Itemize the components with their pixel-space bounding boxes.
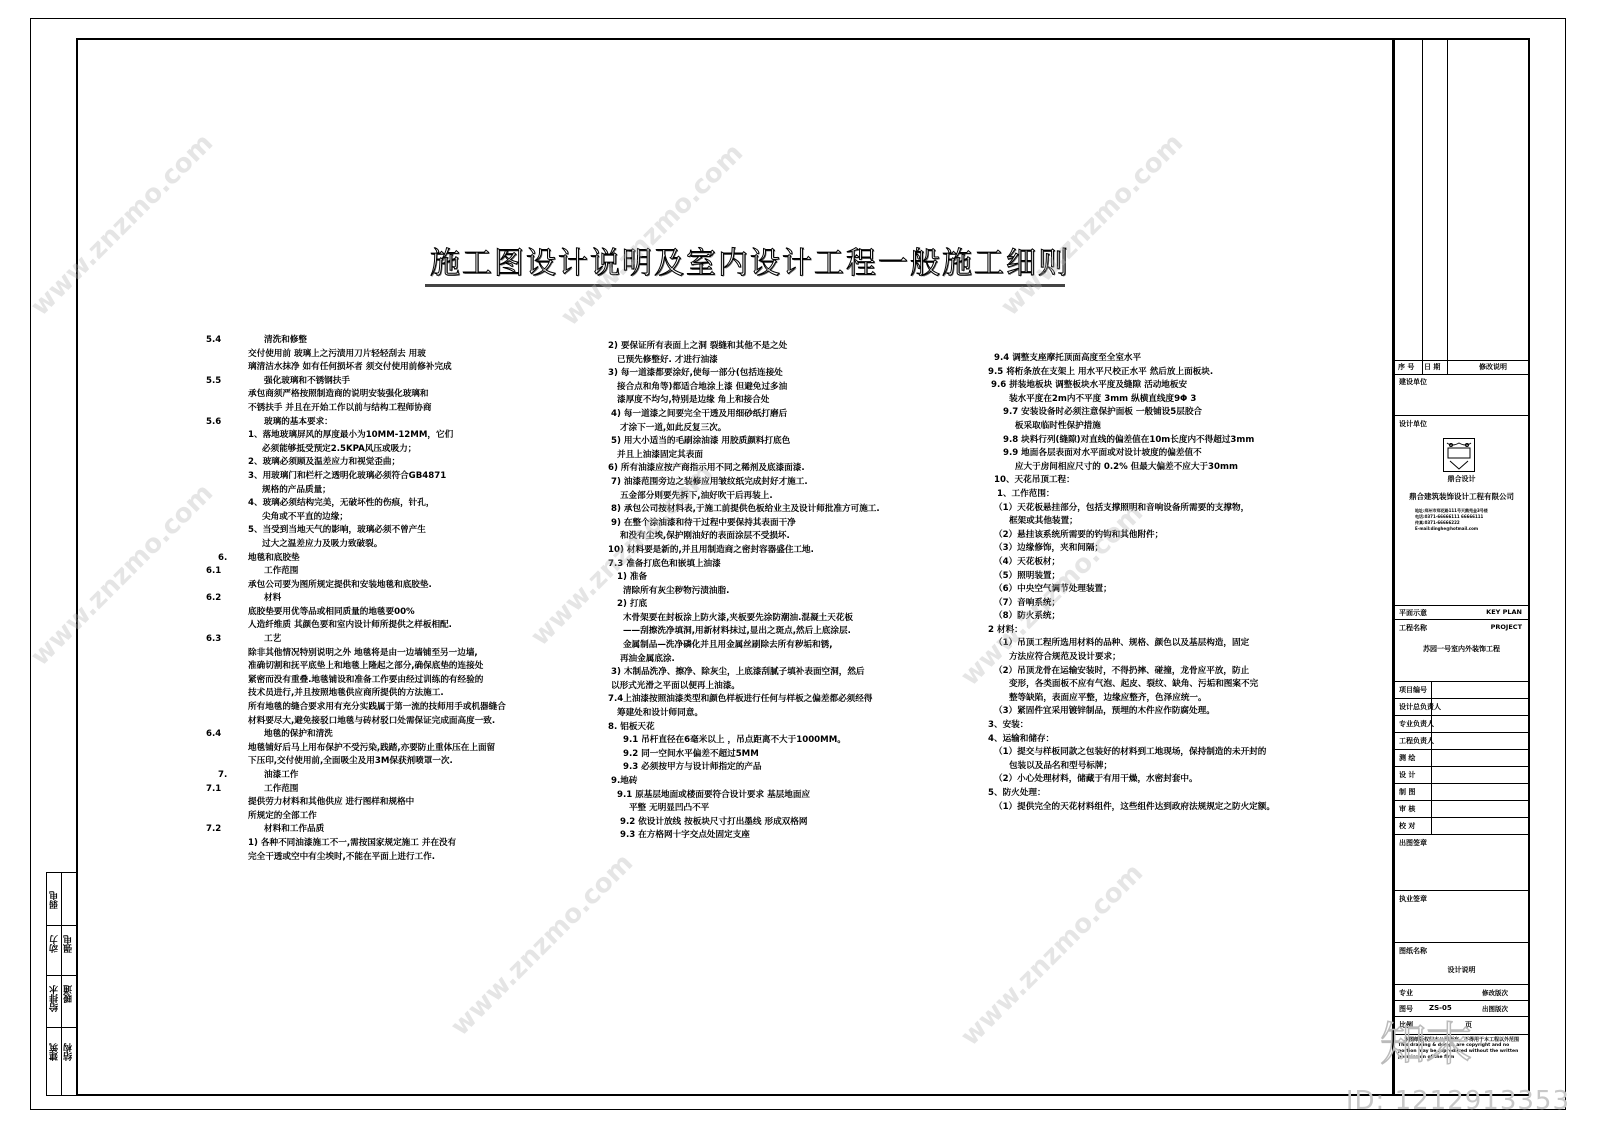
project-cell: 工程名称 PROJECT 苏园一号室内外装饰工程 — [1395, 620, 1528, 682]
spec-line: 4、玻璃必须结构完美，无破坏性的伤痕，针孔， — [206, 497, 566, 511]
spec-text: 璃清洁水抹净 如有任何损坏者 须交付使用前修补完成 — [248, 361, 452, 375]
spec-text: 除非其他情况特别说明之外 地毯将是由一边墙铺至另一边墙, — [248, 647, 478, 661]
spec-line: 3、用玻璃门和栏杆之透明化玻璃必须符合GB4871 — [206, 470, 566, 484]
spec-line: 紧密而没有重叠.地毯铺设和准备工作要由经过训练的有经验的 — [206, 674, 566, 688]
spec-line: 4) 每一道漆之间要完全干透及用细砂纸打磨后 — [608, 408, 968, 422]
role-row: 制 图 — [1395, 784, 1528, 801]
spec-line: （1）吊顶工程所选用材料的品种、规格、颜色以及基层构造，固定 — [988, 637, 1358, 651]
spec-line: 2、玻璃必须顾及温差应力和视觉歪曲； — [206, 456, 566, 470]
spec-line: 以形式光滑之平面以便再上油漆。 — [608, 680, 968, 694]
spec-line: 3) 木制品洗净、擦净、除灰尘，上底漆刮腻子填补表面空洞，然后 — [608, 666, 968, 680]
spec-line: 方法应符合规范及设计要求； — [988, 651, 1358, 665]
spec-line: 8) 承包公司按材料表,于施工前提供色板给业主及设计师批准方可施工. — [608, 503, 968, 517]
spec-line: 五金部分则要先拆下,油好吹干后再装上. — [608, 490, 968, 504]
role-row: 测 绘 — [1395, 750, 1528, 767]
role-label: 专业负责人 — [1399, 719, 1434, 729]
spec-line: 才涂下一道,如此反复三次。 — [608, 422, 968, 436]
spec-line: 提供劳力材料和其他供应 进行图样和规格中 — [206, 796, 566, 810]
spec-line: 9.6 拼装地板块 调整板块水平度及缝隙 活动地板安 — [988, 379, 1358, 393]
section-heading: 地毯和底胶垫 — [248, 552, 300, 566]
signoff-power: 动力 — [48, 935, 61, 953]
spec-line: （4）天花板材； — [988, 556, 1358, 570]
client-label: 建设单位 — [1399, 377, 1427, 387]
spec-line: 1) 各种不同油漆施工不一,需按国家规定施工 并在没有 — [206, 837, 566, 851]
spec-line: 6.3工艺 — [206, 633, 566, 647]
page-title: 施工图设计说明及室内设计工程一般施工细则 — [430, 238, 1070, 282]
spec-line: 技术员进行,并且按照地毯供应商所提供的方法施工. — [206, 687, 566, 701]
spec-line: 底胶垫要用优等品或相同质量的地毯要00% — [206, 606, 566, 620]
spec-line: 9.1 吊杆直径在6毫米以上 ，吊点距离不大于1000MM。 — [608, 734, 968, 748]
client-cell: 建设单位 — [1395, 374, 1528, 416]
spec-text: 承包商须严格按照制造商的说明安装强化玻璃和 — [248, 388, 428, 402]
spec-column-2: 2) 要保证所有表面上之洞 裂缝和其他不是之处 已预先修整好. 才进行油漆3) … — [608, 340, 968, 843]
spec-line: 9.3 在方格网十字交点处固定支座 — [608, 829, 968, 843]
section-number: 6.1 — [206, 565, 221, 579]
spec-line: 过大之温差应力及吸力致破裂。 — [206, 538, 566, 552]
section-heading: 工作范围 — [264, 565, 298, 579]
section-heading: 地毯的保护和清洗 — [264, 728, 333, 742]
spec-text: 过大之温差应力及吸力致破裂。 — [262, 538, 382, 552]
spec-line: 变形，各类面板不应有气泡、起皮、裂纹、缺角、污垢和图案不完 — [988, 678, 1358, 692]
spec-line: 承包商须严格按照制造商的说明安装强化玻璃和 — [206, 388, 566, 402]
spec-line: 2) 要保证所有表面上之洞 裂缝和其他不是之处 — [608, 340, 968, 354]
role-label: 设计总负责人 — [1399, 702, 1441, 712]
spec-text: 提供劳力材料和其他供应 进行图样和规格中 — [248, 796, 414, 810]
spec-line: 地毯铺好后马上用布保护不受污染,践踏,亦要防止重体压在上面留 — [206, 742, 566, 756]
section-heading: 材料 — [264, 592, 281, 606]
spec-text: 5、当受到当地天气的影响，玻璃必须不曾产生 — [248, 524, 426, 538]
license-stamp-label: 执业签章 — [1399, 894, 1427, 904]
spec-line: 4、运输和储存： — [988, 733, 1358, 747]
spec-text: 交付使用前 玻璃上之污渍用刀片轻轻刮去 用玻 — [248, 348, 426, 362]
spec-text: 下压印,交付使用前,全面吸尘及用3M保获剂喷罩一次. — [248, 755, 453, 769]
project-name: 苏园一号室内外装饰工程 — [1395, 644, 1528, 654]
spec-line: 所有地毯的缝合要求用有充分实践属于第一流的技师用手或机器缝合 — [206, 701, 566, 715]
spec-line: 10) 材料要是新的,并且用制造商之密封容器盛住工地. — [608, 544, 968, 558]
spec-line: 5、当受到当地天气的影响，玻璃必须不曾产生 — [206, 524, 566, 538]
spec-line: 8. 铝板天花 — [608, 721, 968, 735]
spec-line: （8）防火系统； — [988, 610, 1358, 624]
designer-cell: 设计单位 鼎合设计 鼎合建筑装饰设计工程有限公司 地址:郑州市郑花路111号天鹅… — [1395, 416, 1528, 606]
spec-line: 9.7 安装设备时必须注意保护面板 一般铺设5层胶合 — [988, 406, 1358, 420]
company-logo-icon — [1443, 438, 1475, 472]
role-label: 设 计 — [1399, 770, 1415, 780]
spec-line: 7) 油漆范围旁边之装修应用皱纹纸完成封好才施工. — [608, 476, 968, 490]
spec-text: 1、落地玻璃屏风的厚度最小为10MM-12MM，它们 — [248, 429, 453, 443]
role-label: 工程负责人 — [1399, 736, 1434, 746]
section-heading: 强化玻璃和不锈钢扶手 — [264, 375, 350, 389]
spec-line: 6.2材料 — [206, 592, 566, 606]
section-number: 7.1 — [206, 783, 221, 797]
spec-line: 已预先修整好. 才进行油漆 — [608, 354, 968, 368]
spec-line: 7.3 准备打底色和嵌填上油漆 — [608, 558, 968, 572]
signoff-architecture: 建筑 — [48, 1043, 61, 1061]
spec-text: 材料要尽大,避免接驳口地毯与砖材驳口处需保证完成面高度一致. — [248, 715, 495, 729]
drawing-name: 设计说明 — [1395, 965, 1528, 975]
drawing-name-label: 图纸名称 — [1399, 946, 1427, 956]
keyplan-label: 平面示意 — [1399, 608, 1427, 618]
spec-line: 应大于房间相应尺寸的 0.2% 但最大偏差不应大于30mm — [988, 461, 1358, 475]
section-number: 6.4 — [206, 728, 221, 742]
spec-line: 璃清洁水抹净 如有任何损坏者 须交付使用前修补完成 — [206, 361, 566, 375]
spec-text: 所规定的全部工作 — [248, 810, 317, 824]
spec-text: 准确切割和抚平底垫上和地毯上隆起之部分,确保底垫的连接处 — [248, 660, 483, 674]
spec-line: 5.4清洗和修整 — [206, 334, 566, 348]
roles-table: 项目编号设计总负责人专业负责人工程负责人测 绘设 计制 图审 核校 对 — [1395, 682, 1528, 835]
drawing-name-cell: 图纸名称 设计说明 — [1395, 943, 1528, 985]
spec-line: 6) 所有油漆应按产商指示用不同之稀剂及底漆面漆. — [608, 462, 968, 476]
rev-header-date: 日 期 — [1424, 362, 1440, 372]
spec-line: 9.8 块料行列(缝隙)对直线的偏差值在10m长度内不得超过3mm — [988, 434, 1358, 448]
spec-line: （5）照明装置； — [988, 570, 1358, 584]
spec-line: （2）悬挂该系统所需要的钓钩和其他附件； — [988, 529, 1358, 543]
title-block: 序 号 日 期 修改说明 建设单位 设计单位 鼎合设计 鼎合建筑装饰设计工程有限… — [1394, 38, 1530, 1096]
company-name: 鼎合建筑装饰设计工程有限公司 — [1395, 491, 1528, 502]
spec-line: 7.2材料和工作品质 — [206, 823, 566, 837]
signoff-plumbing: 给排水 — [48, 985, 61, 1012]
signoff-hvac: 暖通 — [62, 985, 75, 1003]
spec-line: 9.5 将桁条放在支架上 用水平尺校正水平 然后放上面板块. — [988, 366, 1358, 380]
spec-line: 木骨架要在封板涂上防火漆,夹板要先涂防潮油.混凝土天花板 — [608, 612, 968, 626]
issue-stamp-cell: 出图签章 — [1395, 835, 1528, 891]
section-number: 6.2 — [206, 592, 221, 606]
spec-line: 9.4 调整支座摩托顶面高度至全室水平 — [988, 352, 1358, 366]
spec-line: 平整 无明显凹凸不平 — [608, 802, 968, 816]
spec-text: 必须能够抵受预定2.5KPA风压或吸力； — [262, 443, 416, 457]
spec-line: 尖角或不平直的边缘； — [206, 511, 566, 525]
spec-line: 筹建处和设计师同意。 — [608, 707, 968, 721]
project-label: 工程名称 — [1399, 623, 1427, 633]
section-number: 6.3 — [206, 633, 221, 647]
signoff-strong-current: 强电 — [62, 935, 75, 953]
section-heading: 工作范围 — [264, 783, 298, 797]
spec-line: 规格的产品质量； — [206, 484, 566, 498]
spec-line: 下压印,交付使用前,全面吸尘及用3M保获剂喷罩一次. — [206, 755, 566, 769]
spec-line: 5.6玻璃的基本要求： — [206, 416, 566, 430]
spec-line: 完全干透或空中有尘埃时,不能在平面上进行工作. — [206, 851, 566, 865]
spec-text: 3、用玻璃门和栏杆之透明化玻璃必须符合GB4871 — [248, 470, 446, 484]
spec-line: 10、天花吊顶工程： — [988, 474, 1358, 488]
spec-line: ——刮擦洗净填洞,用新材料抹过,显出之斑点,然后上底涂层. — [608, 625, 968, 639]
spec-text: 不锈扶手 并且在开始工作以前与结构工程师协商 — [248, 402, 431, 416]
spec-line: 9.地砖 — [608, 775, 968, 789]
spec-line: 清除所有灰尘秽物污渍油脂. — [608, 585, 968, 599]
spec-line: 9.3 必须按甲方与设计师指定的产品 — [608, 761, 968, 775]
spec-line: 6.地毯和底胶垫 — [206, 552, 566, 566]
role-label: 项目编号 — [1399, 685, 1427, 695]
discipline-row: 专业 修改版次 — [1395, 985, 1528, 1001]
section-heading: 工艺 — [264, 633, 281, 647]
spec-line: 5) 用大小适当的毛刷涂油漆 用胶质颜料打底色 — [608, 435, 968, 449]
spec-text: 人造纤维质 其颜色要和室内设计师所提供之样板相配. — [248, 619, 452, 633]
spec-line: 7.油漆工作 — [206, 769, 566, 783]
section-number: 7.2 — [206, 823, 221, 837]
section-heading: 材料和工作品质 — [264, 823, 324, 837]
role-row: 设计总负责人 — [1395, 699, 1528, 716]
spec-line: 并且上油漆固定其表面 — [608, 449, 968, 463]
section-number: 6. — [218, 552, 227, 566]
spec-line: 7.1工作范围 — [206, 783, 566, 797]
spec-line: （1）提交与样板同款之包装好的材料到工地现场，保持制造的未开封的 — [988, 746, 1358, 760]
spec-line: 2 材料： — [988, 624, 1358, 638]
watermark-id: ID: 1212913353 — [1346, 1086, 1570, 1116]
spec-line: 9.9 地面各层表面对水平面或对设计坡度的偏差值不 — [988, 447, 1358, 461]
spec-line: 6.1工作范围 — [206, 565, 566, 579]
role-row: 校 对 — [1395, 818, 1528, 835]
company-contact: 地址:郑州市郑花路111号天鹅苑金3号楼 电话:0371-66666111 66… — [1415, 508, 1488, 532]
section-number: 5.6 — [206, 416, 221, 430]
spec-line: 准确切割和抚平底垫上和地毯上隆起之部分,确保底垫的连接处 — [206, 660, 566, 674]
spec-line: 1) 准备 — [608, 571, 968, 585]
section-number: 5.5 — [206, 375, 221, 389]
spec-line: （2）小心处理材料，储藏于有用干燥，水密封套中。 — [988, 773, 1358, 787]
spec-line: 1、工作范围： — [988, 488, 1358, 502]
spec-text: 承包公司要为图所规定提供和安装地毯和底胶垫. — [248, 579, 432, 593]
project-en: PROJECT — [1491, 623, 1522, 631]
spec-line: 和没有尘埃,保护刚油好的表面涂层不受损坏. — [608, 530, 968, 544]
discipline-signoff-strip: 弱电 动力 强电 给排水 暖通 建筑 结构 — [46, 872, 76, 1096]
role-label: 测 绘 — [1399, 753, 1415, 763]
section-number: 5.4 — [206, 334, 221, 348]
role-row: 项目编号 — [1395, 682, 1528, 699]
spec-line: 3、安装： — [988, 719, 1358, 733]
spec-line: 5.5强化玻璃和不锈钢扶手 — [206, 375, 566, 389]
spec-line: 9) 在整个涂油漆和待干过程中要保持其表面干净 — [608, 517, 968, 531]
spec-line: 包装以及品名和型号标牌； — [988, 760, 1358, 774]
spec-line: 必须能够抵受预定2.5KPA风压或吸力； — [206, 443, 566, 457]
section-heading: 玻璃的基本要求： — [264, 416, 333, 430]
spec-line: 金属制品—洗净磷化并且用金属丝刷除去所有秽垢和锈, — [608, 639, 968, 653]
spec-line: 除非其他情况特别说明之外 地毯将是由一边墙铺至另一边墙, — [206, 647, 566, 661]
spec-line: （3）边缘修饰，夹和间隔； — [988, 542, 1358, 556]
spec-line: 框架或其他装置； — [988, 515, 1358, 529]
spec-text: 所有地毯的缝合要求用有充分实践属于第一流的技师用手或机器缝合 — [248, 701, 506, 715]
spec-line: （2）吊顶龙骨在运输安装时，不得扔摔、碰撞，龙骨应平放，防止 — [988, 665, 1358, 679]
designer-label: 设计单位 — [1399, 419, 1427, 429]
role-row: 设 计 — [1395, 767, 1528, 784]
spec-text: 技术员进行,并且按照地毯供应商所提供的方法施工. — [248, 687, 444, 701]
spec-column-3: 9.4 调整支座摩托顶面高度至全室水平9.5 将桁条放在支架上 用水平尺校正水平… — [988, 352, 1358, 814]
role-label: 制 图 — [1399, 787, 1415, 797]
rev-header-desc: 修改说明 — [1479, 362, 1507, 372]
spec-line: 6.4地毯的保护和清洗 — [206, 728, 566, 742]
spec-line: 材料要尽大,避免接驳口地毯与砖材驳口处需保证完成面高度一致. — [206, 715, 566, 729]
spec-line: （1）提供完全的天花材料组件，这些组件达到政府法规规定之防火定额。 — [988, 801, 1358, 815]
issue-stamp-label: 出图签章 — [1399, 838, 1427, 848]
spec-line: 漆厚度不均匀,特别是边缘 角上和接合处 — [608, 394, 968, 408]
role-row: 工程负责人 — [1395, 733, 1528, 750]
spec-line: 5、防火处理： — [988, 787, 1358, 801]
license-stamp-cell: 执业签章 — [1395, 891, 1528, 943]
spec-line: 板采取临时性保护措施 — [988, 420, 1358, 434]
spec-line: 接合点和角等)都适合地涂上漆 但避免过多油 — [608, 381, 968, 395]
logo-caption: 鼎合设计 — [1395, 474, 1528, 484]
signoff-structure: 结构 — [62, 1043, 75, 1061]
spec-line: 9.2 依设计放线 按板块尺寸打出墨线 形成双格网 — [608, 816, 968, 830]
rev-header-no: 序 号 — [1398, 362, 1414, 372]
spec-line: 所规定的全部工作 — [206, 810, 566, 824]
section-heading: 清洗和修整 — [264, 334, 307, 348]
sheet-version-label: 出图版次 — [1482, 1004, 1508, 1013]
spec-text: 规格的产品质量； — [262, 484, 331, 498]
spec-line: （7）音响系统； — [988, 597, 1358, 611]
version-label: 修改版次 — [1482, 988, 1508, 997]
section-number: 7. — [218, 769, 227, 783]
spec-line: 2) 打底 — [608, 598, 968, 612]
spec-line: （1）天花板悬挂部分，包括支撑照明和音响设备所需要的支撑物， — [988, 502, 1358, 516]
spec-line: 9.2 同一空间水平偏差不超过5MM — [608, 748, 968, 762]
role-row: 专业负责人 — [1395, 716, 1528, 733]
spec-line: 人造纤维质 其颜色要和室内设计师所提供之样板相配. — [206, 619, 566, 633]
spec-line: 承包公司要为图所规定提供和安装地毯和底胶垫. — [206, 579, 566, 593]
spec-line: 7.4上油漆按照油漆类型和颜色样板进行任何与样板之偏差都必须经得 — [608, 693, 968, 707]
spec-text: 紧密而没有重叠.地毯铺设和准备工作要由经过训练的有经验的 — [248, 674, 483, 688]
discipline-label: 专业 — [1399, 988, 1413, 998]
watermark-logo: 知末 — [1380, 1008, 1472, 1074]
title-underline — [425, 284, 1065, 287]
role-label: 审 核 — [1399, 804, 1415, 814]
section-heading: 油漆工作 — [264, 769, 298, 783]
spec-text: 4、玻璃必须结构完美，无破坏性的伤痕，针孔， — [248, 497, 434, 511]
spec-text: 尖角或不平直的边缘； — [262, 511, 348, 525]
spec-line: 再油金属底涂. — [608, 653, 968, 667]
spec-line: 1、落地玻璃屏风的厚度最小为10MM-12MM，它们 — [206, 429, 566, 443]
spec-column-1: 5.4清洗和修整交付使用前 玻璃上之污渍用刀片轻轻刮去 用玻璃清洁水抹净 如有任… — [206, 334, 566, 864]
spec-text: 2、玻璃必须顾及温差应力和视觉歪曲； — [248, 456, 400, 470]
keyplan-row: 平面示意 KEY PLAN — [1395, 606, 1528, 620]
spec-line: 装水平度在2m内不平度 3mm 纵横直线度9Φ 3 — [988, 393, 1358, 407]
spec-line: 交付使用前 玻璃上之污渍用刀片轻轻刮去 用玻 — [206, 348, 566, 362]
spec-text: 1) 各种不同油漆施工不一,需按国家规定施工 并在没有 — [248, 837, 456, 851]
spec-line: （6）中央空气调节处理装置； — [988, 583, 1358, 597]
spec-line: 3) 每一道漆都要涂好,使每一部分(包括连接处 — [608, 367, 968, 381]
keyplan-en: KEY PLAN — [1486, 608, 1522, 616]
signoff-weak-current: 弱电 — [48, 891, 61, 909]
spec-line: 不锈扶手 并且在开始工作以前与结构工程师协商 — [206, 402, 566, 416]
revision-table: 序 号 日 期 修改说明 — [1395, 40, 1528, 375]
spec-text: 地毯铺好后马上用布保护不受污染,践踏,亦要防止重体压在上面留 — [248, 742, 495, 756]
role-row: 审 核 — [1395, 801, 1528, 818]
spec-line: 整等缺陷，表面应平整，边缘应整齐，色泽应统一。 — [988, 692, 1358, 706]
spec-text: 完全干透或空中有尘埃时,不能在平面上进行工作. — [248, 851, 435, 865]
spec-line: （3）紧固件宜采用镀锌制品，预埋的木件应作防腐处理。 — [988, 705, 1358, 719]
spec-text: 底胶垫要用优等品或相同质量的地毯要00% — [248, 606, 415, 620]
role-label: 校 对 — [1399, 821, 1415, 831]
spec-line: 9.1 原基层地面或楼面要符合设计要求 基层地面应 — [608, 789, 968, 803]
